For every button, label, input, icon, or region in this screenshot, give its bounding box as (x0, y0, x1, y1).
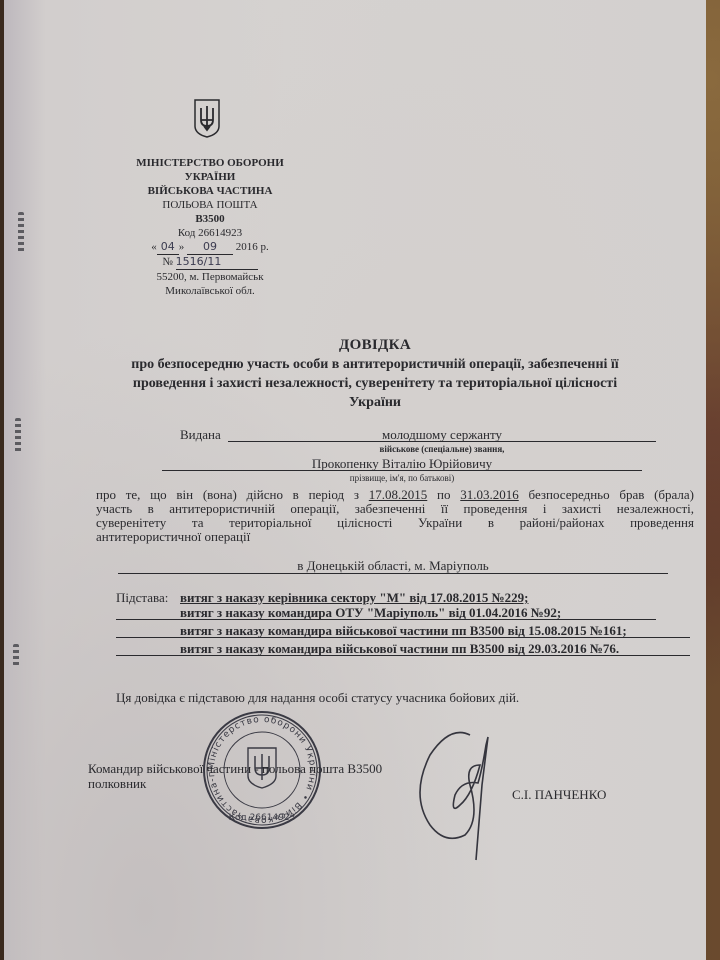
title-heading: ДОВІДКА (80, 336, 670, 355)
address-line1: 55200, м. Первомайськ (100, 270, 320, 284)
punch-marks (18, 212, 24, 254)
basis-item: витяг з наказу командира військової част… (180, 623, 627, 639)
svg-text:Код 26614923: Код 26614923 (229, 813, 296, 823)
basis-item: витяг з наказу керівника сектору "М" від… (180, 590, 528, 606)
field-post: ПОЛЬОВА ПОШТА (100, 198, 320, 212)
basis-item: витяг з наказу командира військової част… (180, 641, 619, 657)
body-line4: антитерористичної операції (96, 530, 694, 544)
unit-code: В3500 (100, 212, 320, 226)
punch-marks (13, 644, 19, 666)
date-year: 2016 р. (236, 241, 269, 253)
title-line2: проведення і захисті незалежності, сувер… (80, 374, 670, 393)
signatory-position: Командир військової частини - польова по… (88, 761, 382, 777)
title-line1: про безпосередню участь особи в антитеро… (80, 355, 670, 374)
date-day: 04 (157, 240, 179, 255)
number-value: 1516/11 (176, 255, 258, 270)
body-line1: про те, що він (вона) дійсно в період з … (96, 488, 694, 502)
issued-label: Видана (180, 427, 221, 443)
trident-coat-of-arms-icon (193, 98, 221, 138)
signatory-name: С.І. ПАНЧЕНКО (512, 787, 606, 803)
rank-caption: військове (спеціальне) звання, (228, 444, 656, 454)
unit-name: ВІЙСЬКОВА ЧАСТИНА (100, 184, 320, 198)
ministry-line1: МІНІСТЕРСТВО ОБОРОНИ (100, 156, 320, 170)
name-caption: прізвище, ім'я, по батькові) (162, 473, 642, 483)
outgoing-number: № 1516/11 (100, 255, 320, 270)
punch-marks (15, 418, 21, 454)
body-line3: суверенітету та територіальної цілісност… (96, 516, 694, 530)
document-title: ДОВІДКА про безпосередню участь особи в … (80, 336, 670, 412)
title-line3: України (80, 393, 670, 412)
letterhead: МІНІСТЕРСТВО ОБОРОНИ УКРАЇНИ ВІЙСЬКОВА Ч… (100, 156, 320, 298)
status-statement: Ця довідка є підставою для надання особі… (116, 690, 519, 706)
location-value: в Донецькій області, м. Маріуполь (118, 558, 668, 574)
basis-label: Підстава: (116, 590, 168, 606)
date-month: 09 (187, 240, 233, 255)
recipient-name: Прокопенку Віталію Юрійовичу (162, 456, 642, 472)
edrpou-code: Код 26614923 (100, 226, 320, 240)
period-from: 17.08.2015 (369, 487, 428, 502)
participation-text: про те, що він (вона) дійсно в період з … (96, 488, 694, 544)
ministry-line2: УКРАЇНИ (100, 170, 320, 184)
period-to: 31.03.2016 (460, 487, 519, 502)
body-line2: участь в антитерористичній операції, заб… (96, 502, 694, 516)
issue-date: «04» 09 2016 р. (100, 240, 320, 255)
basis-item: витяг з наказу командира ОТУ "Маріуполь"… (180, 605, 561, 621)
signatory-rank: полковник (88, 776, 146, 792)
rank-value: молодшому сержанту (228, 427, 656, 443)
address-line2: Миколаївської обл. (100, 284, 320, 298)
